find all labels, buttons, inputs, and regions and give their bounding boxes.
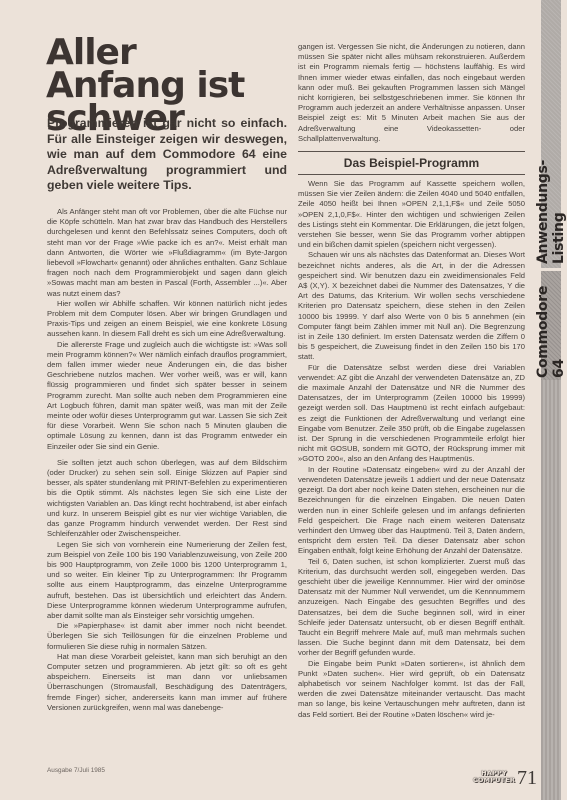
paragraph: Als Anfänger steht man oft vor Problemen… (47, 207, 287, 299)
paragraph: Die Eingabe beim Punkt »Daten sortieren«… (298, 659, 525, 720)
category-label: Anwendungs-Listing (541, 148, 561, 264)
paragraph: Schauen wir uns als nächstes das Datenfo… (298, 250, 525, 362)
section-side-tab: Anwendungs-Listing Commodore 64 (541, 0, 561, 800)
magazine-section-label: Commodore 64 (541, 272, 561, 378)
logo-line-2: COMPUTER (472, 777, 516, 784)
paragraph: Für die Datensätze selbst werden diese d… (298, 363, 525, 465)
paragraph: Teil 6, Daten suchen, ist schon komplizi… (298, 557, 525, 659)
right-column: Wenn Sie das Programm auf Kassette speic… (298, 179, 525, 720)
page-number: 71 (517, 767, 537, 790)
side-tab-lower-pattern (541, 380, 561, 800)
paragraph: Die allererste Frage und zugleich auch d… (47, 340, 287, 452)
magazine-page: Aller Anfang ist schwer Programmieren is… (0, 0, 567, 800)
paragraph: Wenn Sie das Programm auf Kassette speic… (298, 179, 525, 250)
paragraph: Hier wollen wir Abhilfe schaffen. Wir kö… (47, 299, 287, 340)
paragraph: gangen ist. Vergessen Sie nicht, die Änd… (298, 42, 525, 144)
side-tab-divider (541, 268, 561, 271)
paragraph: Die »Papierphase« ist damit aber immer n… (47, 621, 287, 652)
left-column: Als Anfänger steht man oft vor Problemen… (47, 207, 287, 713)
paragraph: Legen Sie sich von vornherein eine Numer… (47, 540, 287, 622)
section-heading: Das Beispiel-Programm (298, 151, 525, 175)
issue-date: Ausgabe 7/Juli 1985 (47, 767, 105, 774)
paragraph: Hat man diese Vorarbeit geleistet, kann … (47, 652, 287, 713)
article-lead: Programmieren ist gar nicht so einfach. … (47, 116, 287, 194)
paragraph: In der Routine »Datensatz eingeben« wird… (298, 465, 525, 557)
right-column-top: gangen ist. Vergessen Sie nicht, die Änd… (298, 42, 525, 144)
paragraph: Sie sollten jetzt auch schon überlegen, … (47, 458, 287, 540)
magazine-logo: HAPPY COMPUTER (472, 770, 516, 784)
